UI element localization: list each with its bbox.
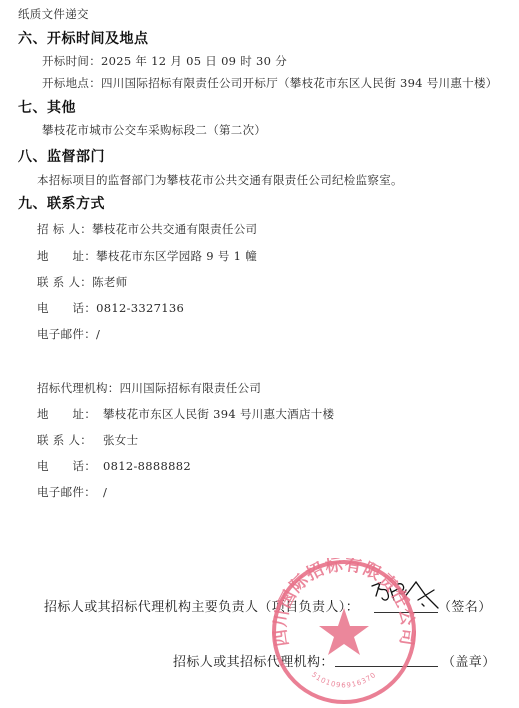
tenderer-value: 攀枝花市公共交通有限责任公司 [92,222,257,236]
tenderer-email-value: / [96,327,100,341]
agency-label: 招标代理机构： [37,381,120,395]
agency-phone-row: 电 话：0812-8888882 [37,458,191,474]
agency-email-value: / [103,485,107,499]
agency-email-row: 电子邮件：/ [37,484,107,500]
agency-contact-row: 联 系 人：张女士 [37,432,138,448]
section8-heading: 八、监督部门 [18,146,105,166]
agency-contact-label: 联 系 人： [37,432,103,448]
tenderer-address-value: 攀枝花市东区学园路 9 号 1 幢 [96,249,257,263]
section7-heading: 七、其他 [18,97,76,117]
tenderer-contact-value: 陈老师 [92,275,127,289]
opening-time-value: 2025 年 12 月 05 日 09 时 30 分 [101,54,287,68]
agency-value: 四川国际招标有限责任公司 [120,381,262,395]
agency-row: 招标代理机构：四川国际招标有限责任公司 [37,380,261,396]
section8-text: 本招标项目的监督部门为攀枝花市公共交通有限责任公司纪检监察室。 [37,172,403,188]
agency-address-value: 攀枝花市东区人民街 394 号川惠大酒店十楼 [103,407,334,421]
agency-address-row: 地 址：攀枝花市东区人民街 394 号川惠大酒店十楼 [37,406,334,422]
opening-place-value: 四川国际招标有限责任公司开标厅（攀枝花市东区人民街 394 号川惠十楼） [101,76,498,90]
opening-time: 开标时间：2025 年 12 月 05 日 09 时 30 分 [42,53,287,69]
tenderer-phone-value: 0812-3327136 [96,301,184,315]
tenderer-row: 招 标 人：攀枝花市公共交通有限责任公司 [37,221,257,237]
agency-address-label: 地 址： [37,406,103,422]
signature-line2-suffix: （盖章） [442,651,496,670]
section7-text: 攀枝花市城市公交车采购标段二（第二次） [42,122,266,138]
agency-phone-label: 电 话： [37,458,103,474]
tenderer-phone-label: 电 话： [37,301,96,315]
opening-time-label: 开标时间： [42,54,101,68]
opening-place-label: 开标地点： [42,76,101,90]
agency-email-label: 电子邮件： [37,484,103,500]
official-seal-icon: 四川国际招标有限责任公司 5101096916370 [270,558,418,706]
tenderer-contact-label: 联 系 人： [37,275,92,289]
agency-contact-value: 张女士 [103,433,138,447]
top-note: 纸质文件递交 [18,6,89,22]
tenderer-address-label: 地 址： [37,249,96,263]
tenderer-address-row: 地 址：攀枝花市东区学园路 9 号 1 幢 [37,248,257,264]
section9-heading: 九、联系方式 [18,193,105,213]
signature-line1-suffix: （签名） [438,596,492,615]
tenderer-contact-row: 联 系 人：陈老师 [37,274,128,290]
tenderer-email-label: 电子邮件： [37,327,96,341]
tenderer-email-row: 电子邮件：/ [37,326,100,342]
tenderer-label: 招 标 人： [37,222,92,236]
tenderer-phone-row: 电 话：0812-3327136 [37,300,184,316]
agency-phone-value: 0812-8888882 [103,459,191,473]
section6-heading: 六、开标时间及地点 [18,28,149,48]
svg-text:5101096916370: 5101096916370 [310,671,378,690]
opening-place: 开标地点：四川国际招标有限责任公司开标厅（攀枝花市东区人民街 394 号川惠十楼… [42,75,498,91]
